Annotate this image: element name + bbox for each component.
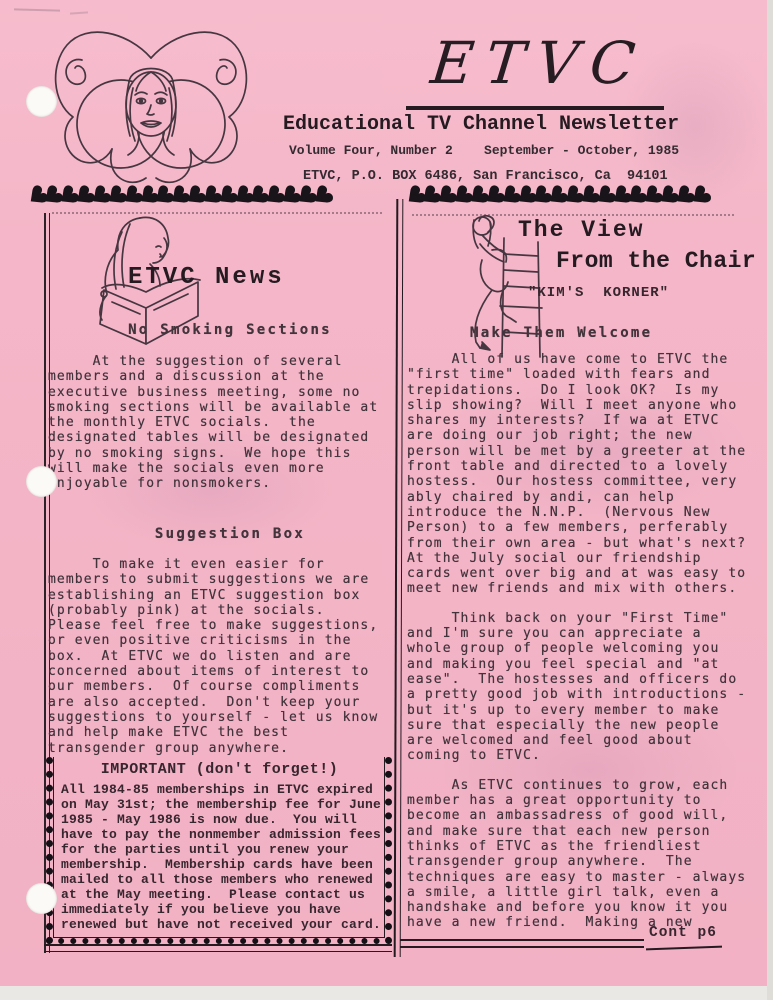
- scan-edge-bottom: [0, 986, 773, 1000]
- view-from-chair-title-line2: From the Chair: [556, 248, 756, 274]
- column-divider-rule: [394, 199, 404, 957]
- logo-underline: [406, 106, 664, 110]
- no-smoking-article: At the suggestion of several members and…: [48, 354, 378, 492]
- paragraph: Think back on your "First Time" and I'm …: [407, 611, 773, 764]
- heart-border-right: ♥♥♥♥♥♥♥♥♥♥♥♥♥♥♥♥♥♥♥: [406, 184, 707, 210]
- etvc-script-logo: ETVC: [405, 34, 673, 92]
- hole-punch: [26, 86, 57, 117]
- suggestion-box-heading: Suggestion Box: [60, 527, 400, 542]
- newsletter-page: ETVC Educational TV Channel Newsletter V…: [0, 0, 773, 1000]
- pencil-mark: [14, 8, 60, 11]
- no-smoking-heading: No Smoking Sections: [60, 323, 400, 338]
- newsletter-title: Educational TV Channel Newsletter: [283, 113, 679, 136]
- scan-edge-right: [767, 0, 773, 1000]
- left-column-end-rule: [44, 944, 392, 952]
- make-them-welcome-heading: Make Them Welcome: [470, 326, 652, 341]
- view-from-chair-title-line1: The View: [518, 217, 644, 243]
- pencil-mark: [70, 11, 88, 14]
- hole-punch: [26, 466, 57, 497]
- issue-line: Volume Four, Number 2 September - Octobe…: [289, 143, 679, 158]
- kims-korner-subtitle: "KIM'S KORNER": [528, 285, 669, 301]
- continued-on-page-6: Cont p6: [649, 925, 717, 941]
- butterfly-woman-illustration: [33, 16, 265, 202]
- heart-border-left: ♥♥♥♥♥♥♥♥♥♥♥♥♥♥♥♥♥♥♥: [28, 184, 329, 210]
- etvc-news-heading: ETVC News: [128, 264, 285, 291]
- hole-punch: [26, 883, 57, 914]
- address-line: ETVC, P.O. BOX 6486, San Francisco, Ca 9…: [303, 169, 668, 184]
- important-body: All 1984-85 memberships in ETVC expired …: [61, 782, 378, 932]
- chair-column-body: All of us have come to ETVC the "first t…: [407, 352, 773, 945]
- right-column-end-rule: [400, 939, 644, 948]
- continued-underline: [646, 946, 722, 951]
- paragraph: All of us have come to ETVC the "first t…: [407, 352, 773, 597]
- suggestion-box-article: To make it even easier for members to su…: [48, 557, 378, 756]
- important-notice-box: IMPORTANT (don't forget!) All 1984-85 me…: [46, 757, 392, 944]
- paragraph: As ETVC continues to grow, each member h…: [407, 778, 773, 931]
- important-heading: IMPORTANT (don't forget!): [61, 761, 378, 778]
